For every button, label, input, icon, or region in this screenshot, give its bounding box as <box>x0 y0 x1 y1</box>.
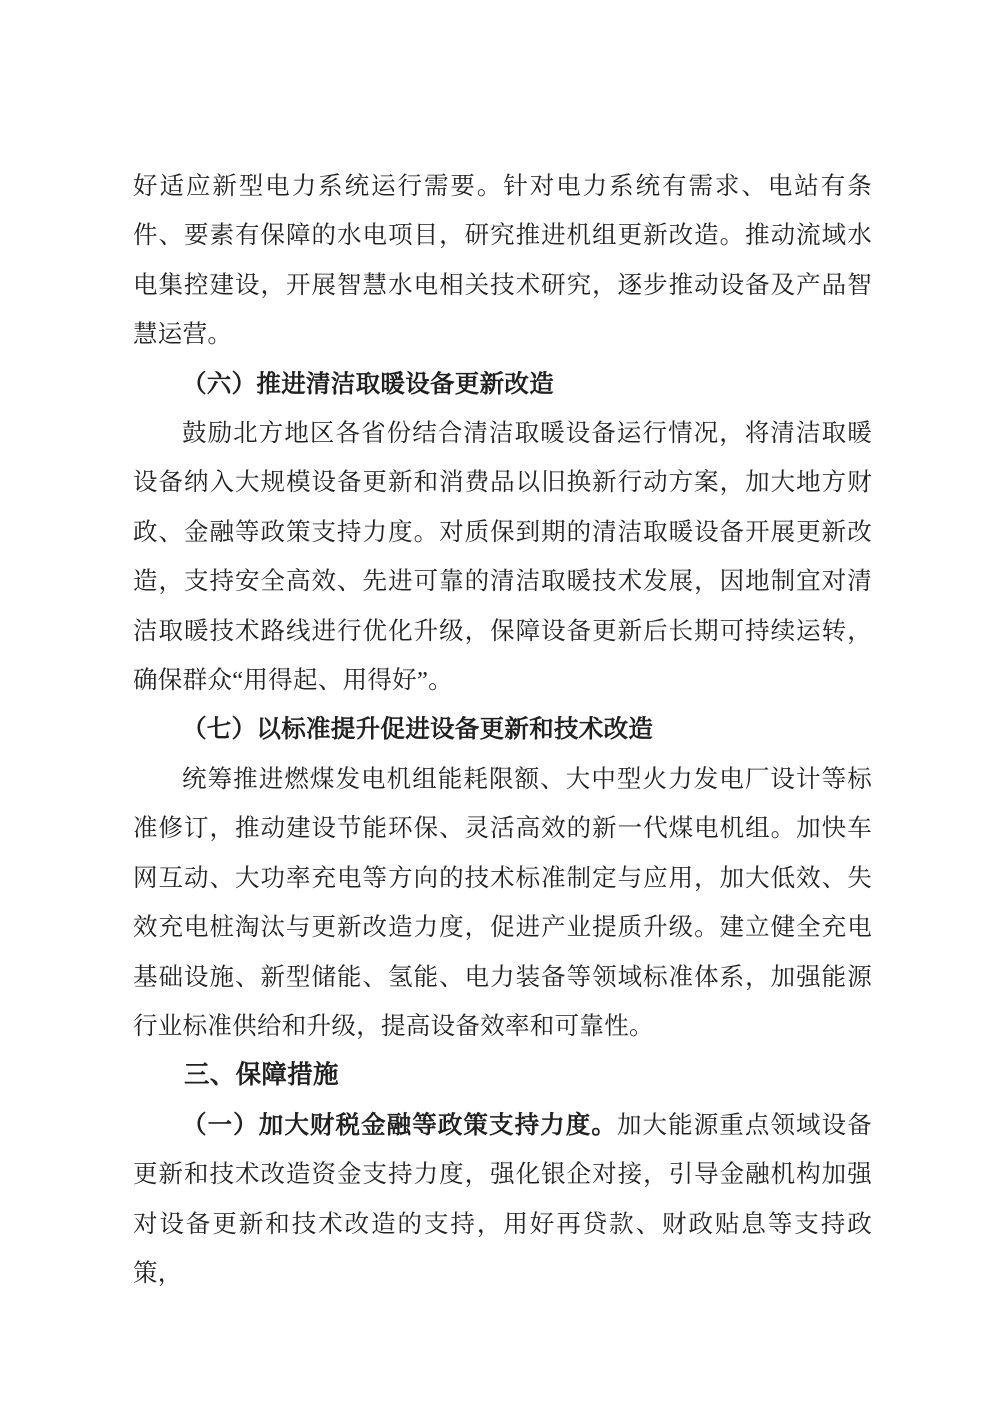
paragraph-clean-heating: 鼓励北方地区各省份结合清洁取暖设备运行情况，将清洁取暖设备纳入大规模设备更新和消… <box>133 409 872 705</box>
heading-section-6-clean-heating: （六）推进清洁取暖设备更新改造 <box>133 360 872 409</box>
paragraph-bold-lead: （一）加大财税金融等政策支持力度。 <box>182 1112 617 1139</box>
paragraph-standards: 统筹推进燃煤发电机组能耗限额、大中型火力发电厂设计等标准修订，推动建设节能环保、… <box>133 755 872 1051</box>
paragraph-hydropower-continuation: 好适应新型电力系统运行需要。针对电力系统有需求、电站有条件、要素有保障的水电项目… <box>133 162 872 360</box>
heading-section-7-standards: （七）以标准提升促进设备更新和技术改造 <box>133 705 872 754</box>
paragraph-fiscal-financial-policy: （一）加大财税金融等政策支持力度。加大能源重点领域设备更新和技术改造资金支持力度… <box>133 1101 872 1299</box>
document-text-block: 好适应新型电力系统运行需要。针对电力系统有需求、电站有条件、要素有保障的水电项目… <box>133 162 872 1298</box>
heading-chapter-3-safeguard-measures: 三、保障措施 <box>133 1051 872 1100</box>
document-page: 好适应新型电力系统运行需要。针对电力系统有需求、电站有条件、要素有保障的水电项目… <box>0 0 1000 1414</box>
